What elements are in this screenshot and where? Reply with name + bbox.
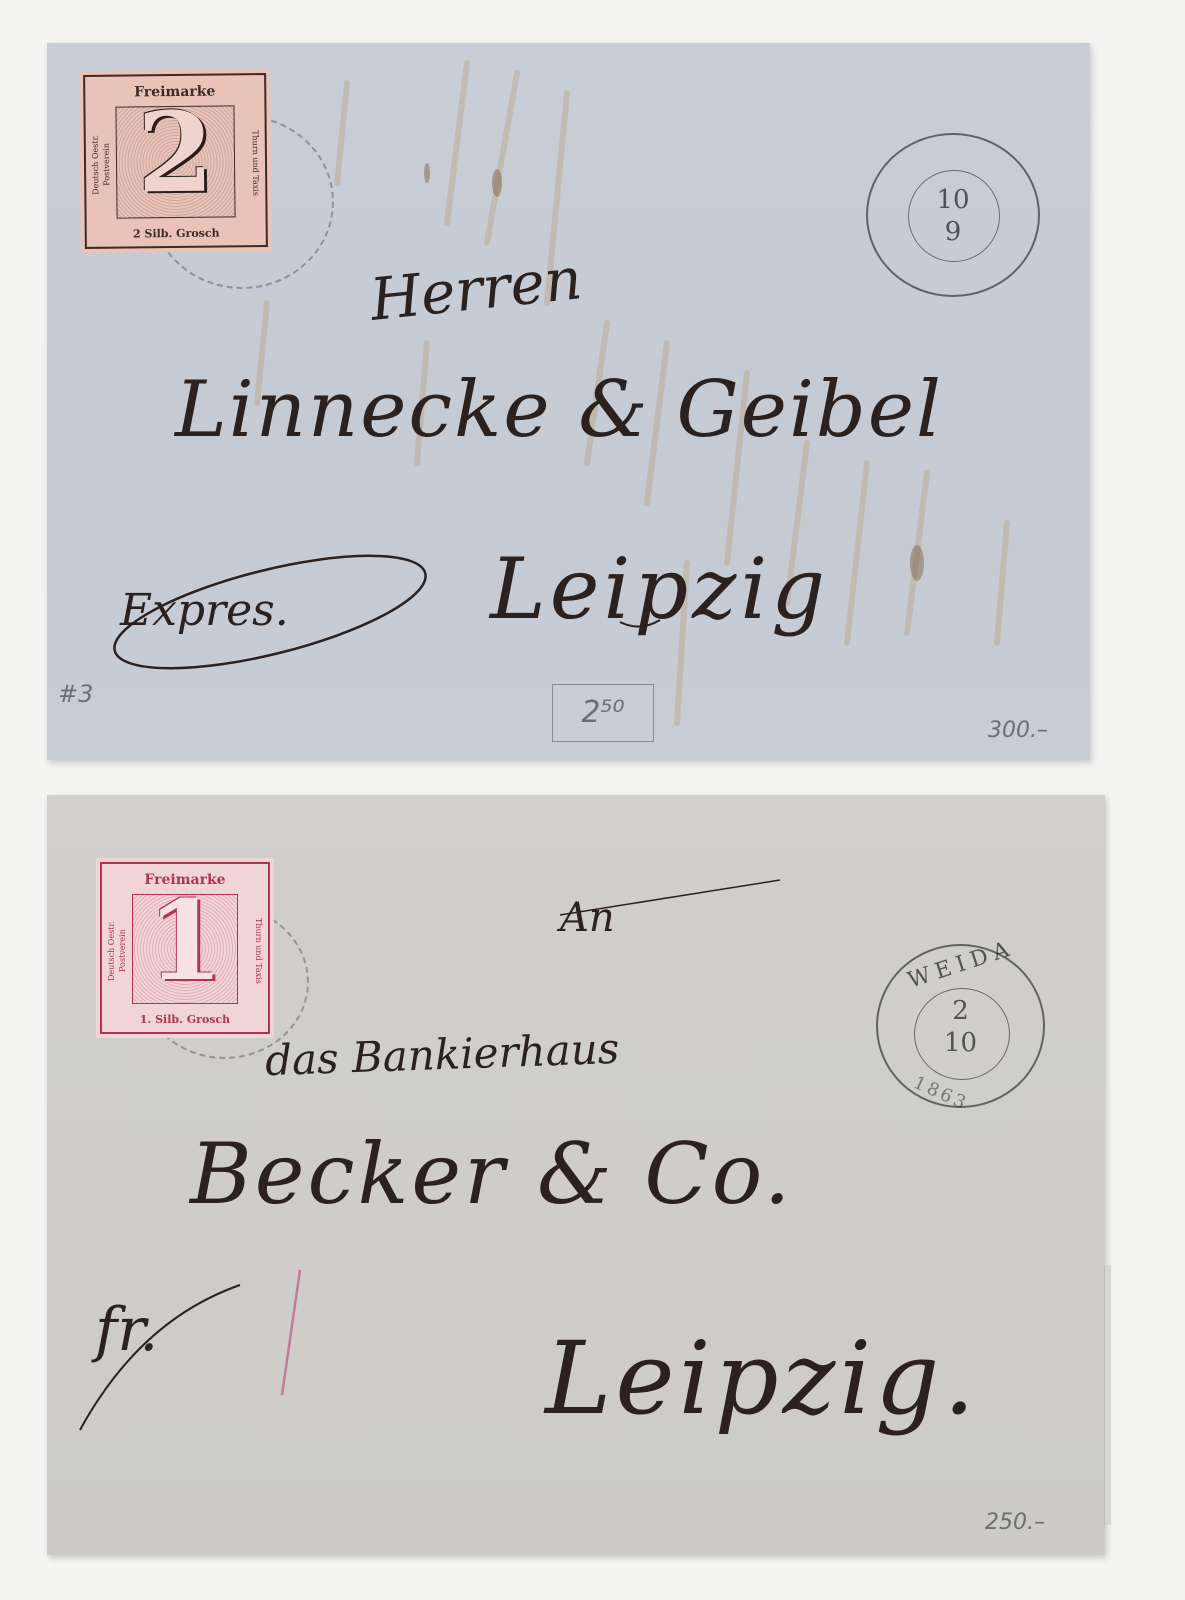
address-note-top: Expres. — [120, 585, 289, 636]
address-city-top: Leipzig — [490, 540, 829, 638]
address-recipient-top: Linnecke & Geibel — [175, 365, 943, 455]
stamp-denomination: 2 Silb. Grosch — [87, 226, 266, 241]
postmark-month: 10 — [878, 1028, 1043, 1058]
folded-flap-edge — [1104, 1265, 1111, 1525]
postmark-top: 10 9 — [866, 133, 1040, 297]
address-city-bottom: Leipzig. — [545, 1320, 979, 1437]
stamp-value: 2 — [85, 97, 265, 209]
address-note-bottom: fr. — [95, 1295, 158, 1365]
stamp-2-silbergroschen: Freimarke Deutsch Oestr. Postverein Thur… — [79, 69, 272, 253]
stamp-frame: Freimarke Deutsch Oestr. Postverein Thur… — [100, 862, 270, 1034]
postmark-day: 2 — [878, 996, 1043, 1026]
pencil-boxed-catalogue: 2⁵⁰ — [552, 684, 654, 742]
pencil-price-bottom: 250.– — [985, 1510, 1045, 1535]
pencil-lot-mark: #3 — [58, 680, 93, 708]
address-salutation-bottom: An — [560, 895, 615, 941]
stamp-frame: Freimarke Deutsch Oestr. Postverein Thur… — [83, 73, 268, 249]
stamp-1-silbergroschen: Freimarke Deutsch Oestr. Postverein Thur… — [96, 858, 274, 1038]
postmark-weida: WEIDA 2 10 1863 — [876, 944, 1045, 1108]
stamp-denomination: 1. Silb. Grosch — [102, 1013, 268, 1026]
postmark-inner-ring — [908, 170, 1000, 262]
postmark-day: 10 — [868, 185, 1038, 215]
pencil-price-top: 300.– — [988, 718, 1048, 743]
stamp-value: 1 — [102, 886, 268, 996]
address-recipient-bottom: Becker & Co. — [190, 1125, 794, 1223]
postmark-month: 9 — [868, 217, 1038, 247]
